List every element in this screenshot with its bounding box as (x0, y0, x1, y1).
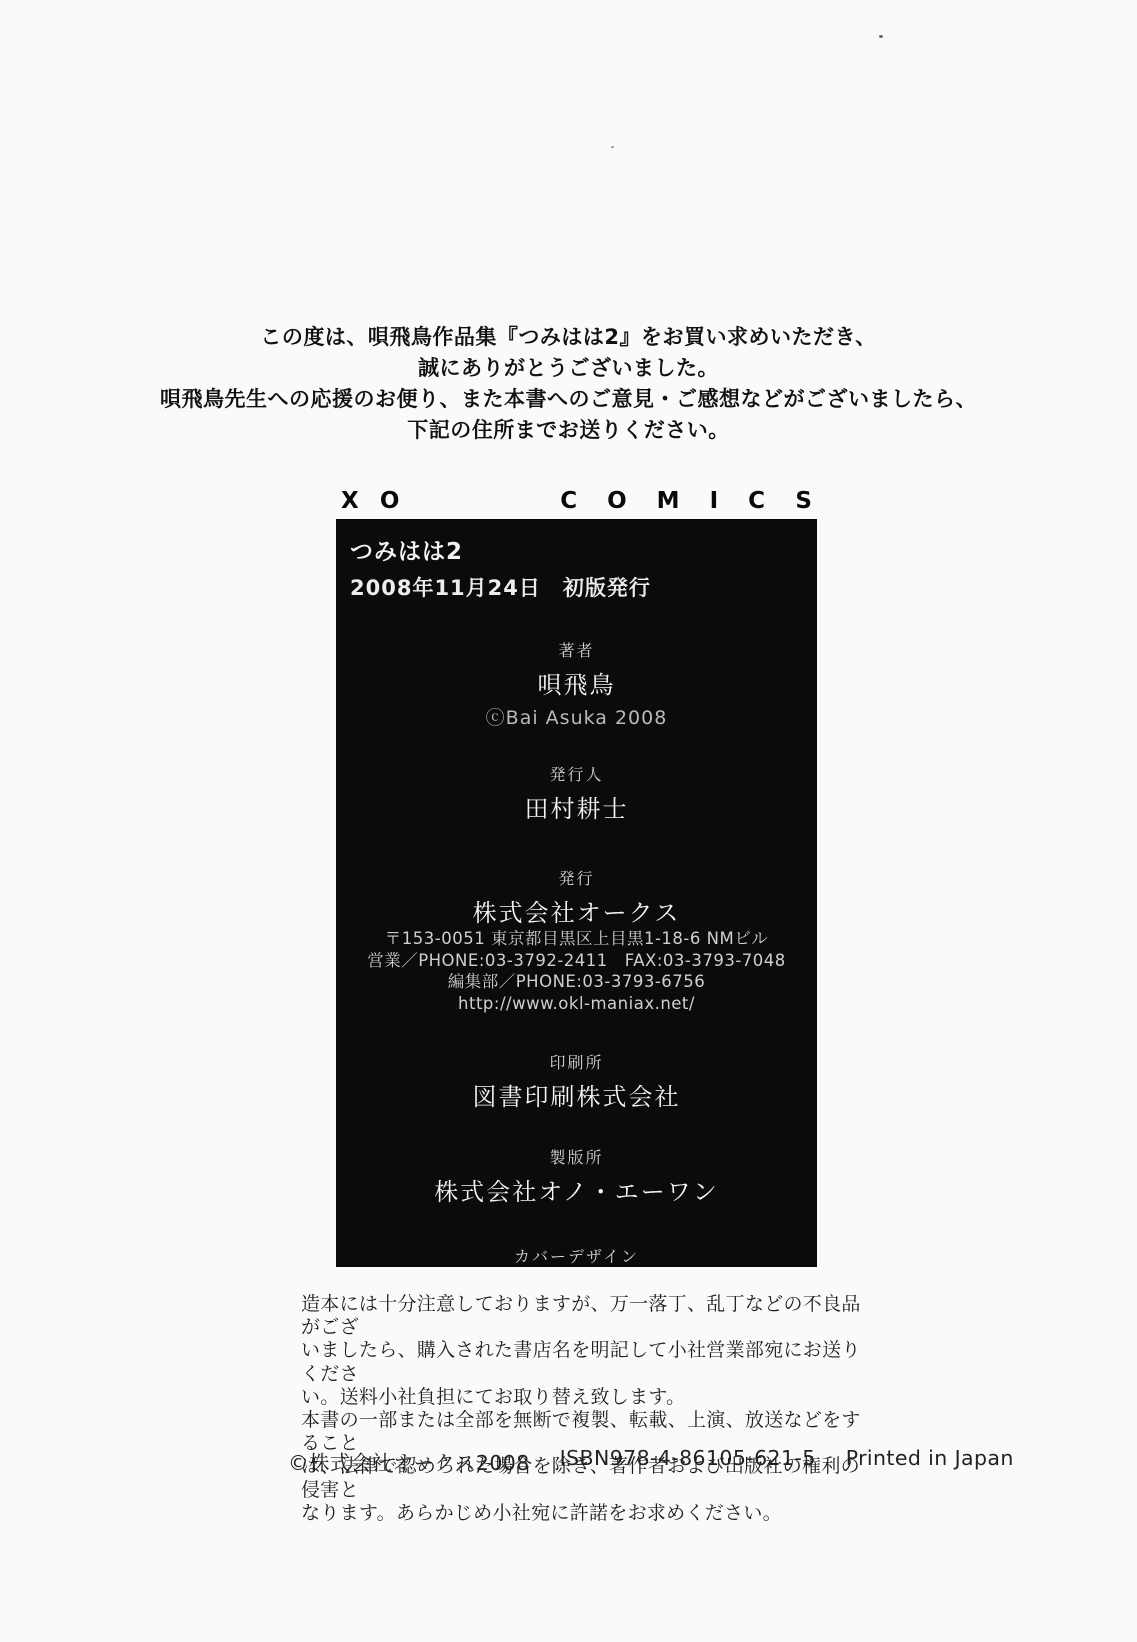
publisher-editorial-phone: 編集部／PHONE:03-3793-6756 (337, 971, 816, 993)
section-label: 印刷所 (337, 1050, 816, 1073)
footer-copyright: ©株式会社オークス2008 (288, 1446, 530, 1476)
book-title: つみはは2 (350, 533, 816, 566)
publisher-company: 株式会社オークス (337, 893, 816, 928)
notice-line: なります。あらかじめ小社宛に許諾をお求めください。 (301, 1502, 863, 1525)
legal-notices: 造本には十分注意しておりますが、万一落丁、乱丁などの不良品がござ いましたら、購… (301, 1293, 863, 1525)
section-label: 著者 (337, 638, 816, 661)
section-label: カバーデザイン (337, 1244, 816, 1266)
section-label: 発行 (337, 866, 816, 889)
section-cover-design: カバーデザイン 名和田耕平デザイン事務所 (337, 1244, 816, 1266)
notice-line: いましたら、購入された書店名を明記して小社営業部宛にお送りくださ (301, 1339, 863, 1385)
publisher-phone-fax: 営業／PHONE:03-3792-2411 FAX:03-3793-7048 (337, 950, 816, 972)
imprint-logo-xo: XO (341, 488, 421, 514)
colophon-page: この度は、唄飛鳥作品集『つみはは2』をお買い求めいただき、 誠にありがとうござい… (0, 0, 1137, 1642)
section-author: 著者 唄飛鳥 ⓒBai Asuka 2008 (337, 638, 816, 730)
publisher-url: http://www.okl-maniax.net/ (337, 993, 816, 1015)
thank-you-line: 誠にありがとうございました。 (0, 353, 1137, 384)
section-printer: 印刷所 図書印刷株式会社 (337, 1050, 816, 1112)
section-label: 発行人 (337, 762, 816, 785)
thank-you-message: この度は、唄飛鳥作品集『つみはは2』をお買い求めいただき、 誠にありがとうござい… (0, 322, 1137, 446)
section-label: 製版所 (337, 1145, 816, 1168)
edition-date: 2008年11月24日 初版発行 (350, 572, 816, 602)
imprint-logo: XO COMICS (337, 488, 816, 520)
thank-you-line: この度は、唄飛鳥作品集『つみはは2』をお買い求めいただき、 (0, 322, 1137, 353)
publisher-address: 〒153-0051 東京都目黒区上目黒1-18-6 NMビル (337, 928, 816, 950)
copyright-note: ⓒBai Asuka 2008 (337, 703, 816, 730)
scan-speck (611, 146, 614, 148)
section-publisher-person: 発行人 田村耕士 (337, 762, 816, 824)
footer-line: ©株式会社オークス2008 ISBN978-4-86105-621-5 Prin… (288, 1446, 1014, 1476)
scan-speck (879, 35, 883, 38)
colophon-box: つみはは2 2008年11月24日 初版発行 著者 唄飛鳥 ⓒBai Asuka… (337, 520, 816, 1266)
thank-you-line: 下記の住所までお送りください。 (0, 415, 1137, 446)
notice-line: 造本には十分注意しておりますが、万一落丁、乱丁などの不良品がござ (301, 1293, 863, 1339)
imprint-logo-comics: COMICS (560, 488, 842, 514)
thank-you-line: 唄飛鳥先生への応援のお便り、また本書へのご意見・ご感想などがございましたら、 (0, 384, 1137, 415)
colophon-column: XO COMICS つみはは2 2008年11月24日 初版発行 著者 唄飛鳥 … (337, 488, 816, 1266)
section-platemaker: 製版所 株式会社オノ・エーワン (337, 1145, 816, 1207)
footer-printed-in: Printed in Japan (846, 1446, 1014, 1476)
printer-name: 図書印刷株式会社 (337, 1077, 816, 1112)
author-name: 唄飛鳥 (337, 665, 816, 700)
platemaker-name: 株式会社オノ・エーワン (337, 1172, 816, 1207)
footer-isbn: ISBN978-4-86105-621-5 (560, 1446, 816, 1476)
notice-line: い。送料小社負担にてお取り替え致します。 (301, 1386, 863, 1409)
section-publisher: 発行 株式会社オークス 〒153-0051 東京都目黒区上目黒1-18-6 NM… (337, 866, 816, 1014)
publisher-person-name: 田村耕士 (337, 789, 816, 824)
